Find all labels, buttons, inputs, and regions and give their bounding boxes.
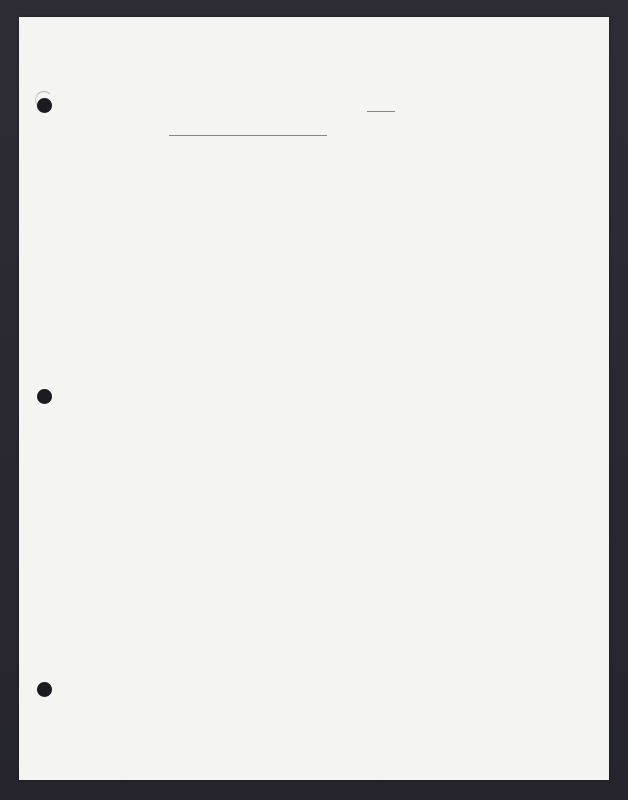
strikethrough-same-mechanism — [169, 135, 327, 136]
punch-hole-bottom — [37, 682, 52, 697]
punch-hole-top — [37, 98, 52, 113]
strikethrough-then — [367, 111, 395, 112]
punch-hole-middle — [37, 389, 52, 404]
document-page — [19, 17, 609, 780]
